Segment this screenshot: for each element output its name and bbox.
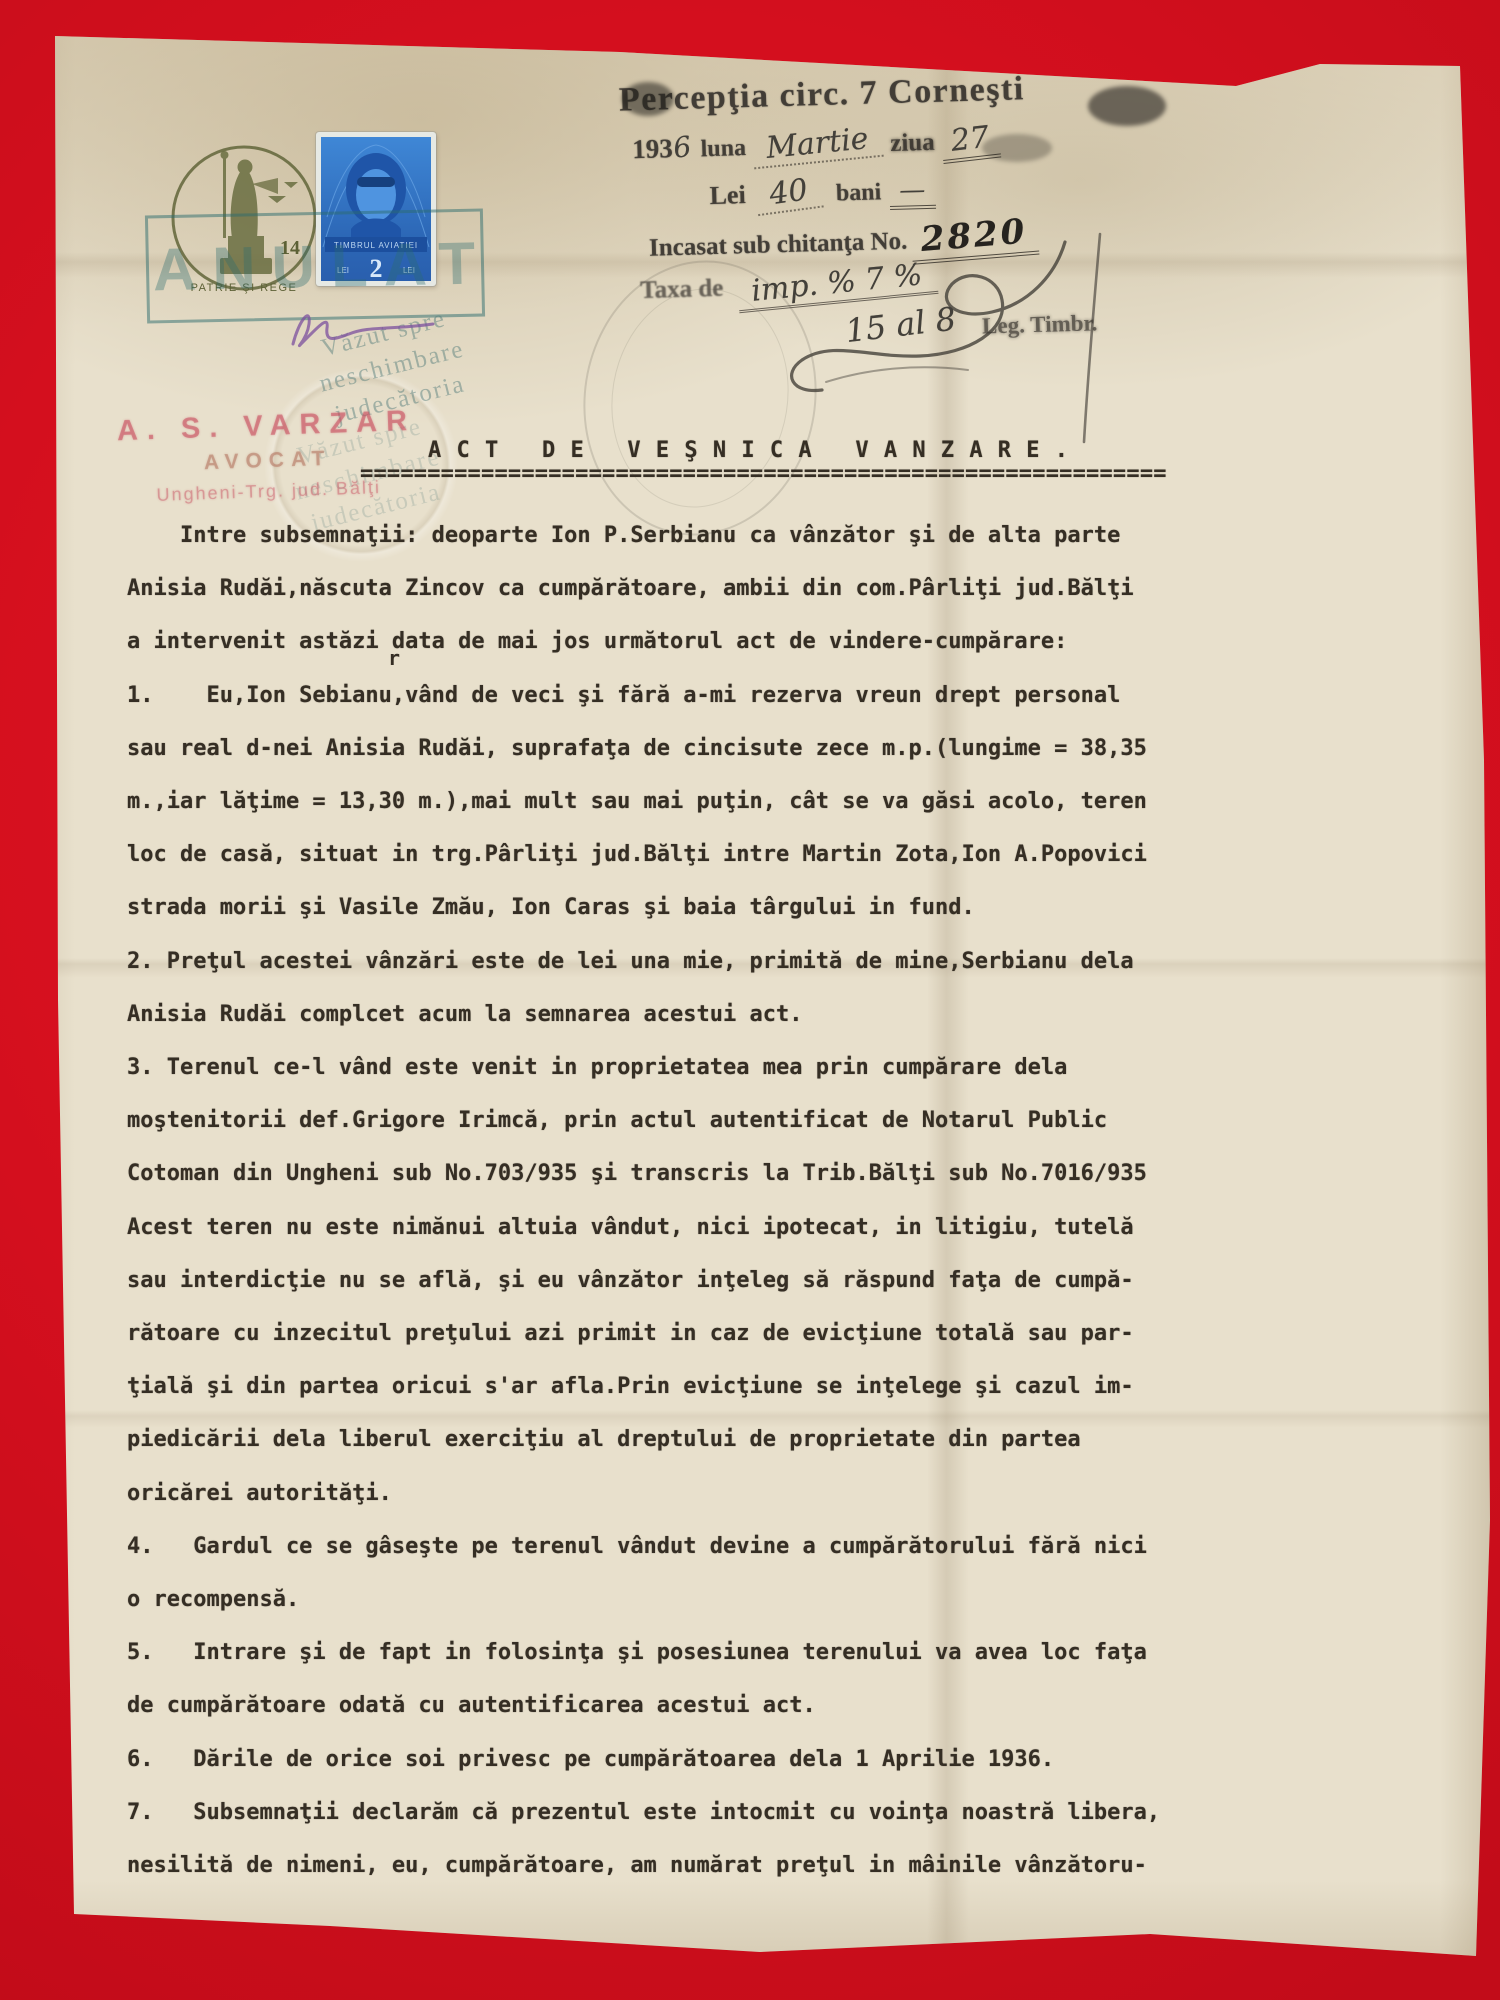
document-line: strada morii şi Vasile Zmău, Ion Caras ş…: [127, 881, 1157, 934]
document-line: sau interdicţie nu se află, şi eu vânzăt…: [127, 1254, 1157, 1307]
document-line: Cotoman din Ungheni sub No.703/935 şi tr…: [127, 1147, 1157, 1200]
document-line: 4. Gardul ce se gâseşte pe terenul vându…: [127, 1520, 1157, 1573]
tax-stamp-law-label: Leg. Timbr.: [982, 310, 1098, 339]
tax-stamp-header: Percepţia circ. 7 Corneşti: [618, 70, 1025, 119]
document-line: 6. Dările de orice soi privesc pe cumpăr…: [127, 1733, 1157, 1786]
document-paper: 14 PATRIE ŞI REGE: [0, 0, 1500, 2000]
document-line: ţială şi din partea oricui s'ar afla.Pri…: [127, 1360, 1157, 1413]
tax-stamp-taxa-label: Taxa de: [640, 275, 724, 305]
document-line: Acest teren nu este nimănui altuia vându…: [127, 1201, 1157, 1254]
lawyer-stamp: A. S. VARZAR AVOCAT Ungheni-Trg. jud. Bă…: [89, 404, 447, 508]
document-line: de cumpărătoare odată cu autentificarea …: [127, 1679, 1157, 1732]
document-title: A C T D E V E Ş N I C A V A N Z A R E .: [428, 438, 1069, 463]
document-line: 1. Eu,Ion Sebianu,vând de veci şi fără a…: [127, 669, 1157, 722]
document-line: a intervenit astăzi data de mai jos urmă…: [127, 615, 1157, 668]
tax-stamp-luna-label: luna: [700, 135, 746, 163]
document-line: m.,iar lăţime = 13,30 m.),mai mult sau m…: [127, 775, 1157, 828]
ink-blot: [1088, 86, 1166, 126]
title-underline: ========================================…: [360, 461, 1167, 486]
purple-signature: [283, 294, 441, 358]
ink-blot: [982, 134, 1052, 162]
document-line: Anisia Rudăi,născuta Zincov ca cumpărăto…: [127, 562, 1157, 615]
document-line: o recompensă.: [127, 1573, 1157, 1626]
document-line: Intre subsemnaţii: deoparte Ion P.Serbia…: [127, 509, 1157, 562]
document-line: rătoare cu inzecitul preţului azi primit…: [127, 1307, 1157, 1360]
tax-stamp-year-printed: 193: [632, 133, 673, 165]
tax-stamp-lei-label: Lei: [709, 180, 746, 211]
tax-stamp-bani-label: bani: [836, 179, 882, 207]
tax-stamp-year-hand: 6: [671, 130, 693, 165]
lawyer-stamp-name: A. S. VARZAR: [89, 404, 445, 449]
ink-blot: [622, 82, 674, 116]
document-body: Intre subsemnaţii: deoparte Ion P.Serbia…: [127, 509, 1157, 1892]
document-line: nesilită de nimeni, eu, cumpărătoare, am…: [127, 1839, 1157, 1892]
document-line: sau real d-nei Anisia Rudăi, suprafaţa d…: [127, 722, 1157, 775]
tax-stamp-lei-hand: 40: [754, 171, 824, 216]
anulat-text: ANULAT: [138, 228, 492, 304]
tax-stamp-law-hand: 15 al 8: [843, 300, 957, 350]
document-line: 3. Terenul ce-l vând este venit in propr…: [127, 1041, 1157, 1094]
tax-stamp-bani-hand: —: [889, 175, 936, 210]
document-line: 5. Intrare şi de fapt in folosinţa şi po…: [127, 1626, 1157, 1679]
tax-stamp-ziua-label: ziua: [890, 129, 935, 158]
tax-stamp-receipt-label: Incasat sub chitanţa No.: [649, 228, 908, 263]
tax-stamp-month-hand: Martie: [750, 120, 883, 170]
document-line: loc de casă, situat in trg.Pârliţi jud.B…: [127, 828, 1157, 881]
document-line: oricărei autorităţi.: [127, 1467, 1157, 1520]
document-line: moştenitorii def.Grigore Irimcă, prin ac…: [127, 1094, 1157, 1147]
document-line: Anisia Rudăi complcet acum la semnarea a…: [127, 988, 1157, 1041]
document-line: 7. Subsemnaţii declarăm că prezentul est…: [127, 1786, 1157, 1839]
document-line: 2. Preţul acestei vânzări este de lei un…: [127, 935, 1157, 988]
document-photo: 14 PATRIE ŞI REGE: [0, 0, 1500, 2000]
document-line: piedicării dela liberul exerciţiu al dre…: [127, 1413, 1157, 1466]
